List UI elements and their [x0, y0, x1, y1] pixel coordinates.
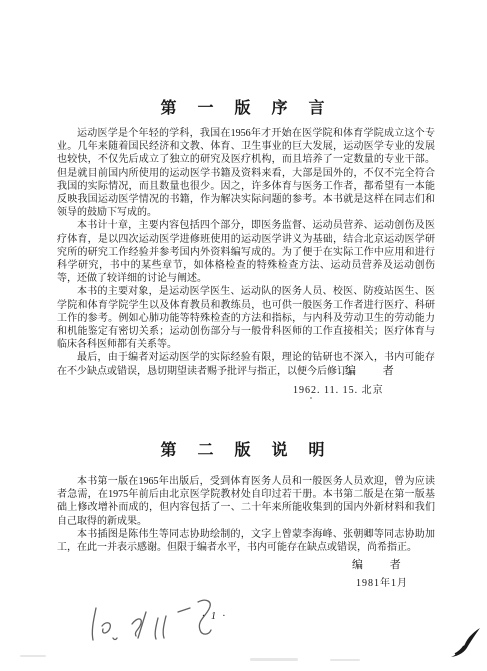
scanned-book-page: 第 一 版 序 言 运动医学是个年轻的学科，我国在1956年才开始在医学院和体育… [0, 0, 487, 671]
paragraph: 运动医学是个年轻的学科，我国在1956年才开始在医学院和体育学院成立这个专业。几… [57, 127, 435, 219]
section1-title: 第 一 版 序 言 [0, 95, 487, 118]
ink-mark-icon [449, 627, 483, 661]
section2-date: 1981年1月 [356, 574, 408, 589]
paragraph: 本书计十章，主要内容包括四个部分，即医务监督、运动员营养、运动创伤及医疗体育，是… [57, 219, 435, 285]
scan-smudge [20, 655, 46, 657]
paragraph: 本书插图是陈伟生等同志协助绘制的，文字上曾蒙李海峰、张朝卿等同志协助加工，在此一… [57, 528, 435, 554]
page-number: · 1 · [202, 611, 227, 622]
section2-title: 第 二 版 说 明 [0, 437, 487, 460]
section1-editor-signature: 编 者 [345, 362, 406, 378]
scan-smudge [330, 659, 360, 661]
paragraph: 本书第一版在1965年出版后，受到体育医务人员和一般医务人员欢迎，曾为应读者急需… [57, 475, 435, 528]
paragraph: 本书的主要对象，是运动医学医生、运动队的医务人员、校医、防疫站医生、医学院和体育… [57, 285, 435, 351]
section1-body: 运动医学是个年轻的学科，我国在1956年才开始在医学院和体育学院成立这个专业。几… [57, 127, 435, 378]
scan-smudge [250, 658, 298, 661]
section2-editor-signature: 编 者 [352, 556, 413, 572]
section2-body: 本书第一版在1965年出版后，受到体育医务人员和一般医务人员欢迎，曾为应读者急需… [57, 475, 435, 554]
section1-date: 1962. 11. 15. 北京 [293, 381, 384, 396]
scan-speck [310, 397, 312, 399]
